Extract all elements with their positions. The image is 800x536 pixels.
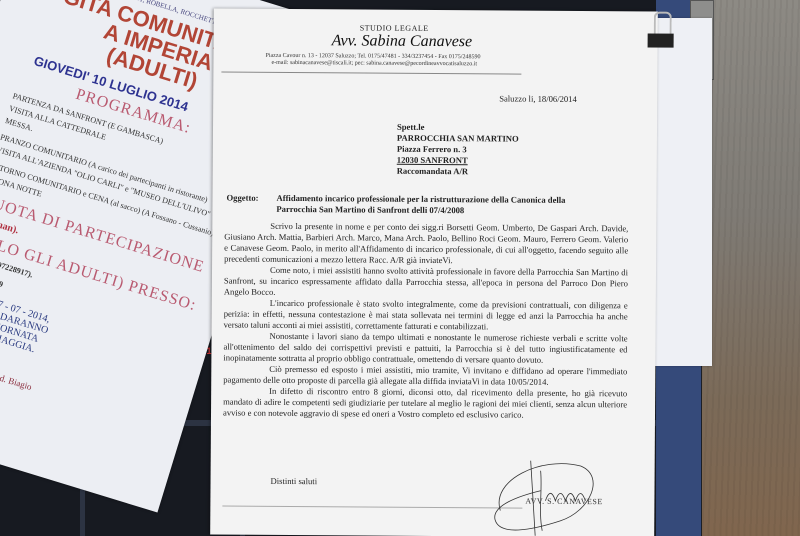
recipient-block: Spett.le PARROCCHIA SAN MARTINO Piazza F… <box>397 122 519 178</box>
recipient-line: Raccomandata A/R <box>397 166 519 178</box>
letter-body: Scrivo la presente in nome e per conto d… <box>223 221 628 422</box>
subject-text: Affidamento incarico professionale per l… <box>276 193 606 217</box>
letterhead-divider <box>221 72 521 75</box>
place-date: Saluzzo li, 18/06/2014 <box>499 93 577 105</box>
footer-divider <box>222 506 522 509</box>
body-paragraph: In difetto di riscontro entro 8 giorni, … <box>223 386 627 422</box>
body-paragraph: Come noto, i miei assistiti hanno svolto… <box>224 265 628 301</box>
recipient-line: Spett.le <box>397 122 519 134</box>
body-paragraph: Scrivo la presente in nome e per conto d… <box>224 221 628 268</box>
letterhead-name: Avv. Sabina Canavese <box>332 32 473 51</box>
recipient-line: Piazza Ferrero n. 3 <box>397 144 519 156</box>
blue-door-panel <box>656 365 701 536</box>
body-paragraph: Nonostante i lavori siano da tempo ultim… <box>223 331 627 367</box>
recipient-line: 12030 SANFRONT <box>397 155 519 167</box>
legal-letter: STUDIO LEGALE Avv. Sabina Canavese Piazz… <box>210 8 658 536</box>
handwritten-signature-icon <box>480 450 611 536</box>
wooden-frame <box>702 0 800 536</box>
closing: Distinti saluti <box>271 476 318 487</box>
body-paragraph: L'incarico professionale è stato svolto … <box>224 298 628 334</box>
body-paragraph: Ciò premesso ed esposto i miei assistiti… <box>223 364 627 389</box>
letterhead-studio: STUDIO LEGALE <box>360 23 429 32</box>
subject-label: Oggetto: <box>226 193 258 204</box>
letterhead-email: e-mail: sabinacanavese@tiscali.it; pec: … <box>271 60 477 67</box>
binder-clip-icon <box>644 11 674 49</box>
recipient-line: PARROCCHIA SAN MARTINO <box>397 133 519 145</box>
